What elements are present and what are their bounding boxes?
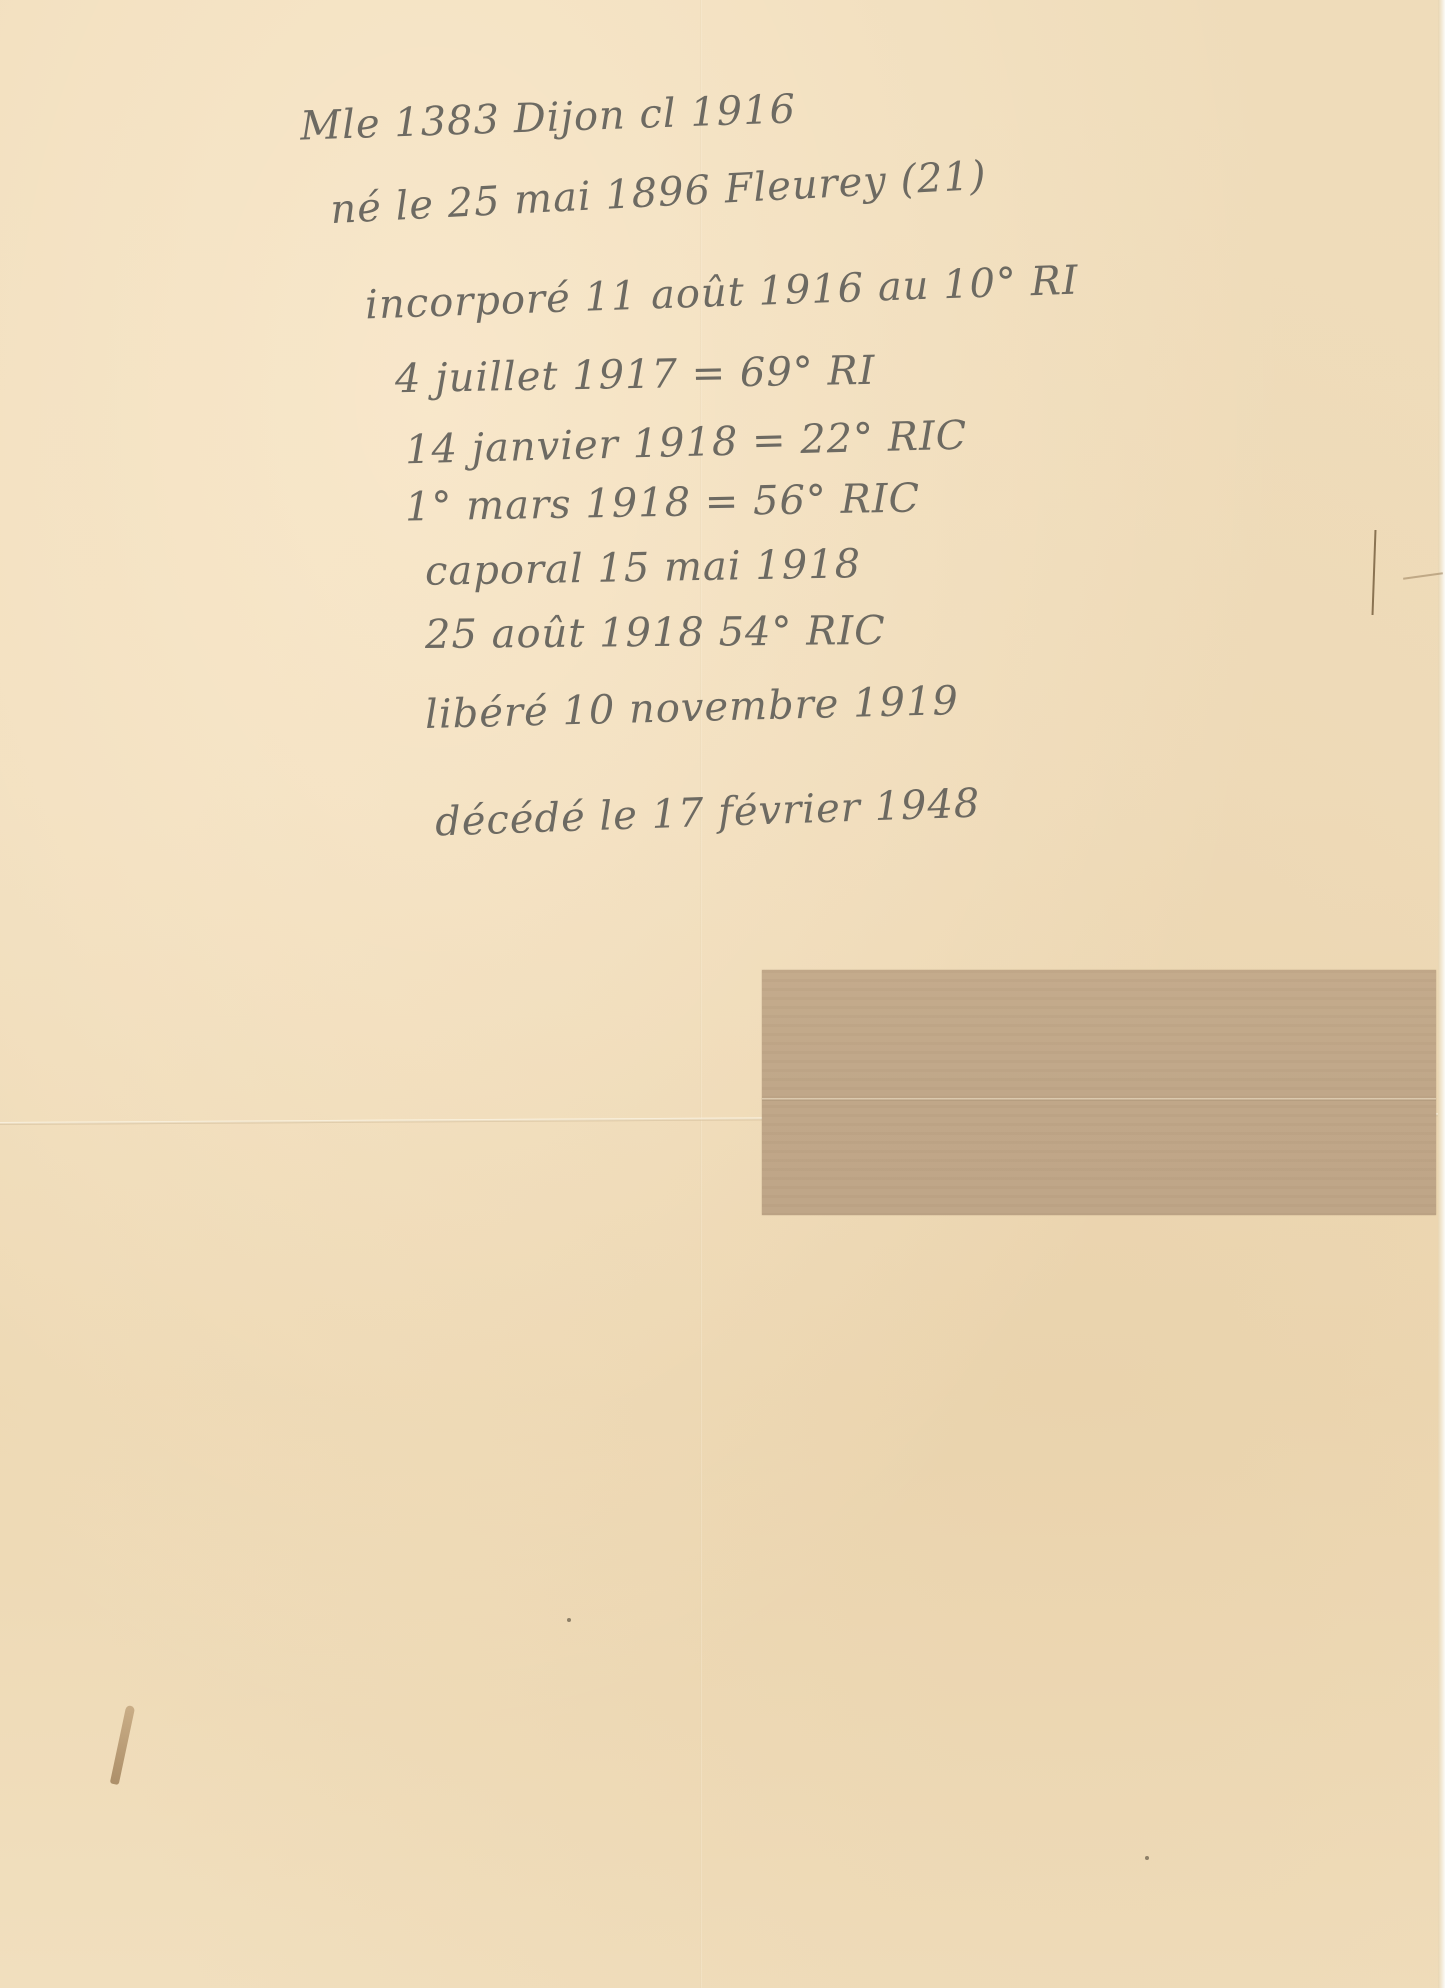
tape-crease — [762, 1098, 1436, 1101]
note-line-transfer-1917: 4 juillet 1917 = 69° RI — [395, 348, 876, 402]
note-line-transfer-aug-1918: 25 août 1918 54° RIC — [425, 608, 886, 658]
speck — [567, 1618, 571, 1622]
note-line-corporal: caporal 15 mai 1918 — [425, 541, 862, 595]
speck — [1145, 1856, 1149, 1860]
paper-edge — [1438, 0, 1445, 1988]
adhesive-tape — [762, 970, 1436, 1215]
note-line-transfer-mar-1918: 1° mars 1918 = 56° RIC — [405, 476, 921, 531]
